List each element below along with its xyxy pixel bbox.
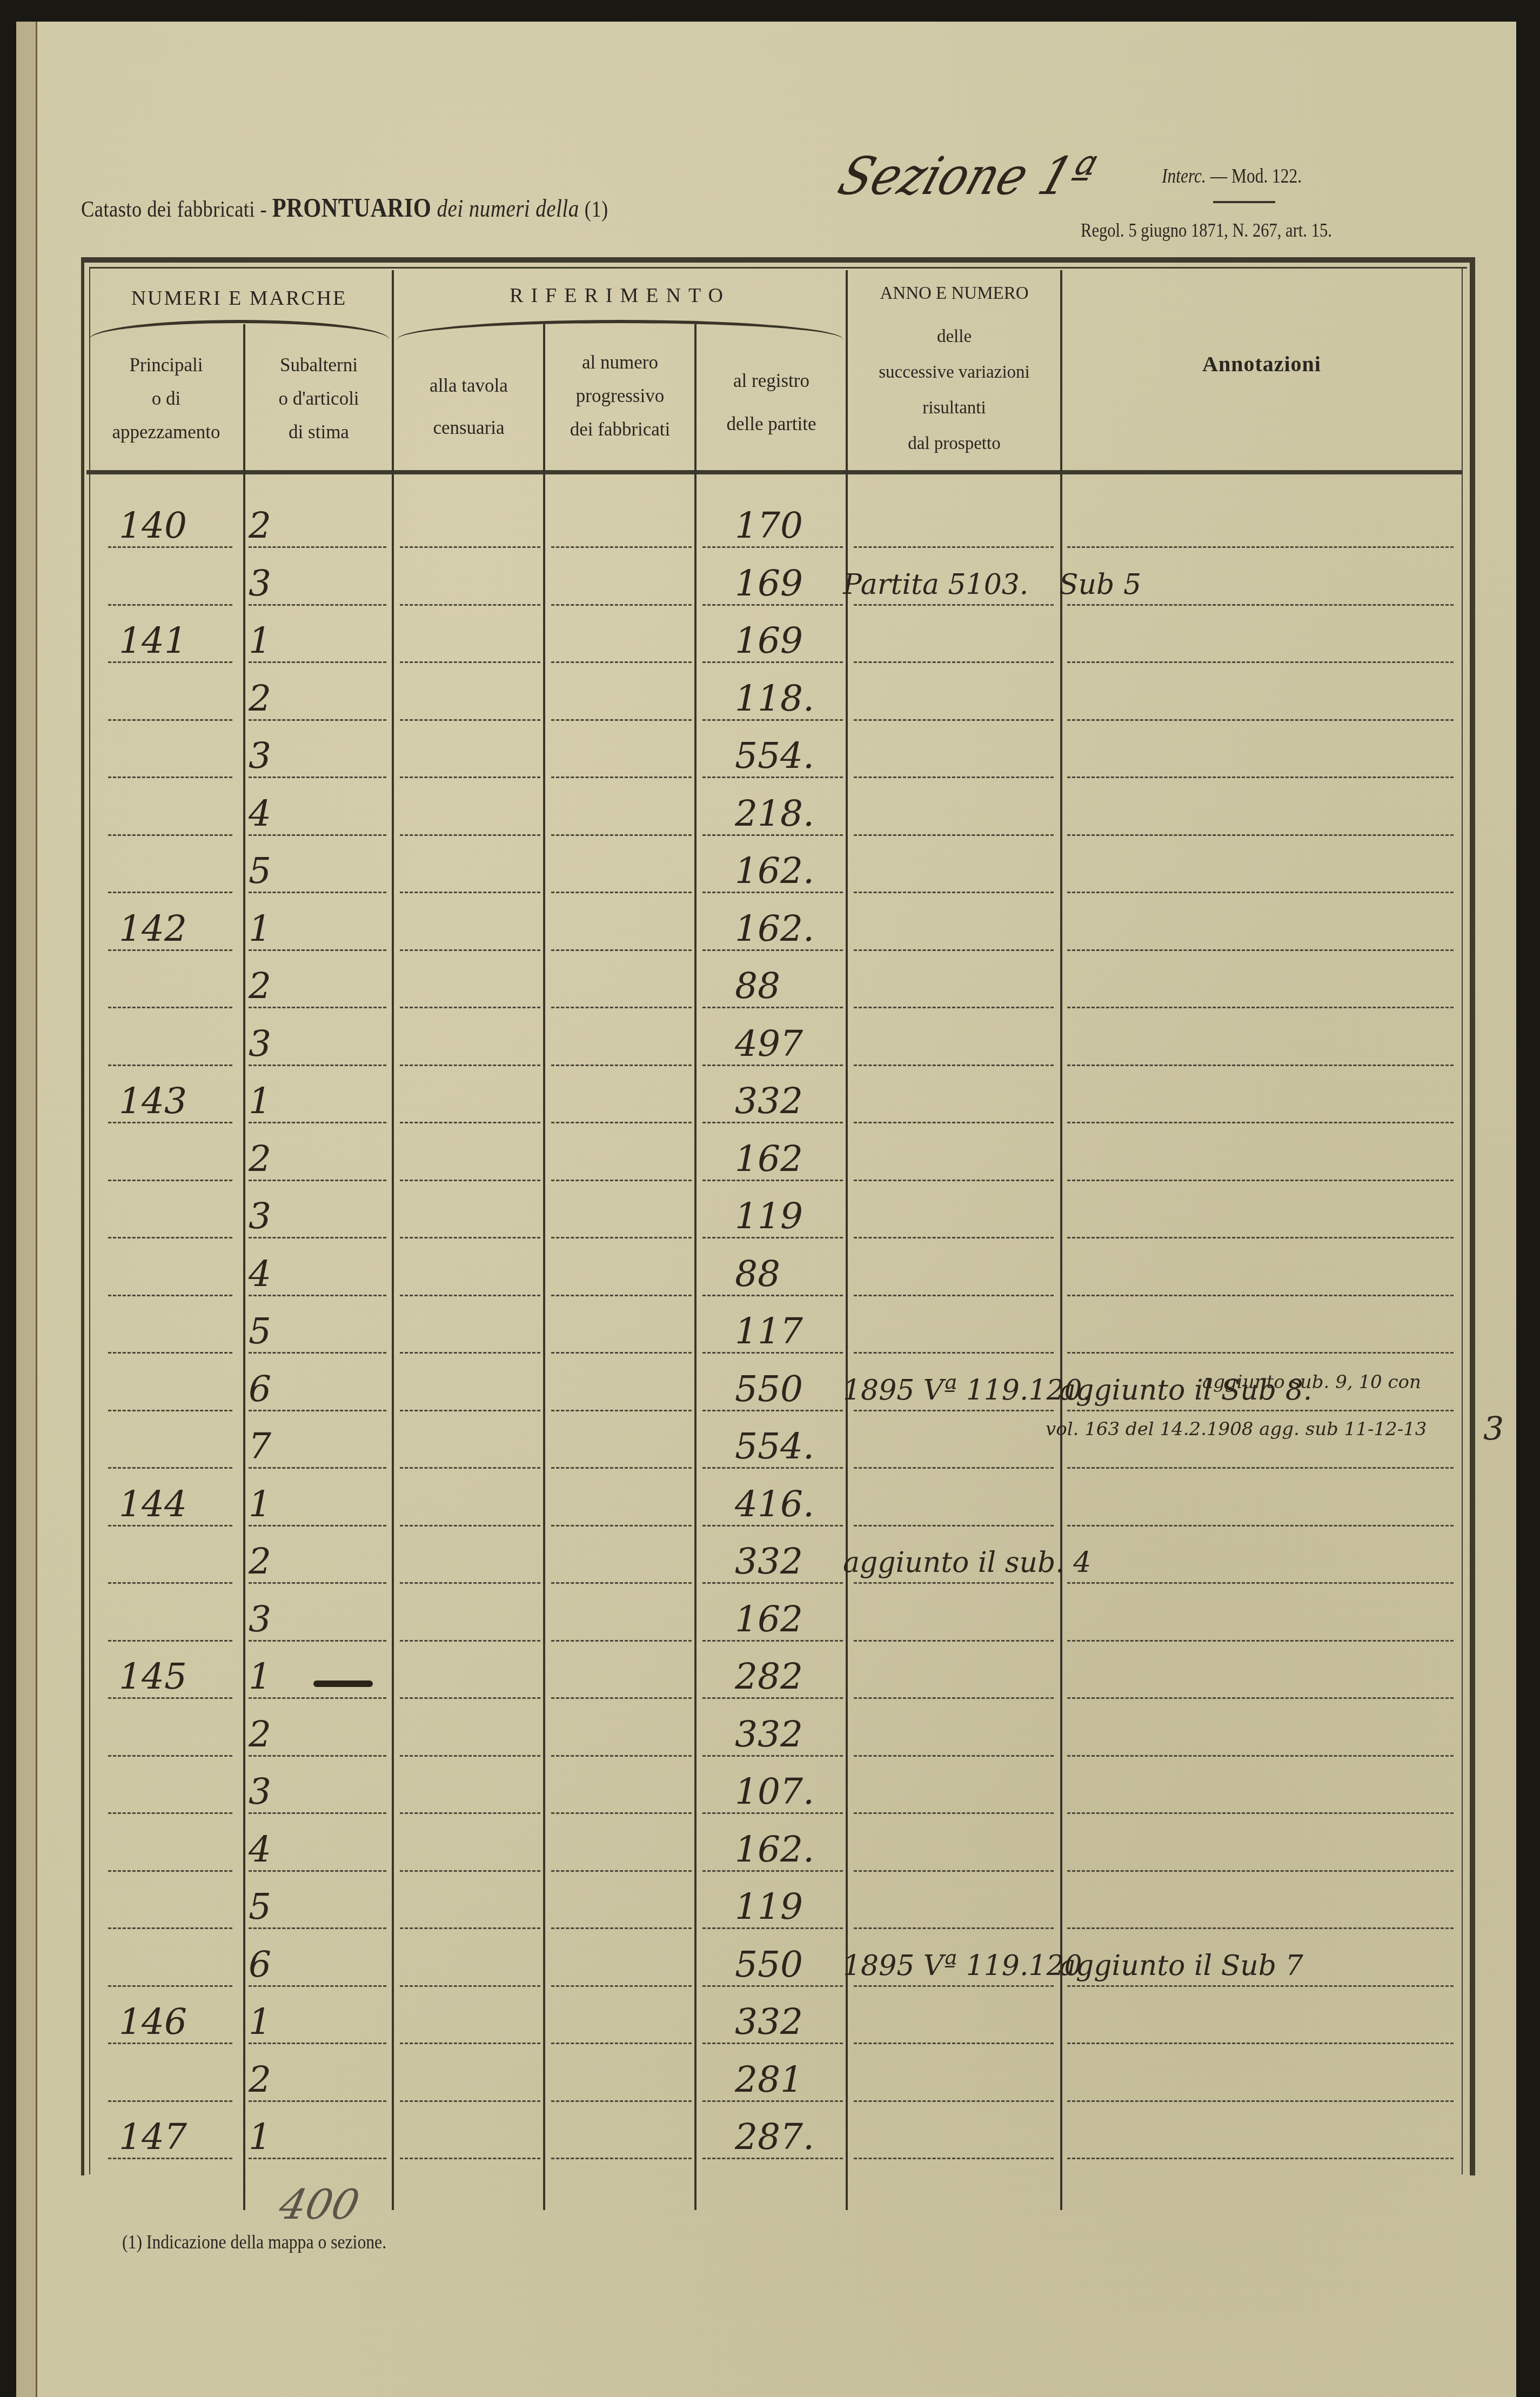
registro-number: 550 [735, 1370, 803, 1408]
table-row: 2162 [86, 1124, 1462, 1181]
row-rule [854, 2158, 1054, 2159]
col-head-subalterni: Subalterni o d'articoli di stima [246, 349, 392, 449]
annotation-entry: aggiunto il Sub 7 [1059, 1947, 1303, 1985]
col-head-line: Principali [89, 349, 243, 382]
col-head-line: appezzamento [89, 416, 243, 449]
table-border-right [1470, 257, 1475, 2175]
subalterno-number: 1 [249, 1658, 271, 1696]
annotation-extra-line1: aggiunto sub. 9, 10 con [1202, 1371, 1421, 1393]
subalterno-number: 6 [249, 1370, 271, 1408]
principale-number: 144 [119, 1485, 187, 1523]
col-head-line: o di [89, 382, 243, 416]
col-head-line: censuaria [394, 407, 543, 449]
subalterno-number: 1 [249, 622, 271, 660]
registro-number: 162. [735, 910, 814, 948]
col-head-line: al registro [697, 359, 846, 403]
subalterno-number: 1 [249, 1082, 271, 1120]
registro-number: 218. [735, 795, 814, 833]
table-row: 5162. [86, 836, 1462, 893]
principale-number: 140 [119, 507, 187, 545]
principale-number: 145 [119, 1658, 187, 1696]
registro-number: 88 [735, 967, 780, 1005]
title-prefix: Catasto dei fabbricati - [81, 197, 272, 222]
subalterno-number: 1 [249, 1485, 271, 1523]
table-row: 488 [86, 1239, 1462, 1296]
registro-number: 281 [735, 2061, 803, 2099]
dash-mark [313, 1680, 373, 1687]
subalterno-number: 2 [249, 1716, 271, 1753]
annotation-extra-line2: vol. 163 del 14.2.1908 agg. sub 11-12-13 [1046, 1418, 1427, 1440]
table-row: 4162. [86, 1815, 1462, 1872]
col-head-line: di stima [246, 416, 392, 449]
registro-number: 332 [735, 1716, 803, 1753]
regulation-reference: Regol. 5 giugno 1871, N. 267, art. 15. [1081, 219, 1332, 242]
col-head-line: dal prospetto [848, 426, 1060, 461]
col-head-line: dei fabbricati [546, 413, 694, 446]
registro-number: 119 [735, 1888, 803, 1926]
registro-number: 162. [735, 1831, 814, 1869]
table-row: 65501895 Vª 119.120aggiunto il Sub 7 [86, 1930, 1462, 1987]
subalterno-number: 2 [249, 680, 271, 718]
table-border-right-inner [1462, 267, 1463, 2174]
form-code: Interc. — Mod. 122. [1162, 165, 1302, 188]
registro-number: 282 [735, 1658, 803, 1696]
page-binding-edge [16, 22, 37, 2397]
subalterno-number: 4 [249, 1831, 271, 1869]
subalterno-number: 7 [249, 1428, 271, 1465]
principale-number: 147 [119, 2118, 187, 2156]
registro-number: 332 [735, 1543, 803, 1581]
col-head-annotazioni: Annotazioni [1062, 351, 1462, 377]
row-rule [108, 2158, 232, 2159]
col-head-principali: Principali o di appezzamento [89, 349, 243, 449]
subalterno-number: 1 [249, 2003, 271, 2041]
registro-number: 162. [735, 852, 814, 890]
table-row: 3497 [86, 1009, 1462, 1066]
table-row: 2332aggiunto il sub. 4 [86, 1526, 1462, 1584]
table-row: 1411169 [86, 606, 1462, 663]
table-row: 2281 [86, 2045, 1462, 2102]
table-border-top-inner [89, 267, 1467, 269]
principale-number: 142 [119, 910, 187, 948]
registro-number: 119 [735, 1197, 803, 1235]
col-head-line: progressivo [546, 379, 694, 413]
subalterno-number: 1 [249, 910, 271, 948]
col-head-progressivo: al numero progressivo dei fabbricati [546, 346, 694, 446]
table-row: 1431332 [86, 1066, 1462, 1123]
row-rule [1067, 2158, 1454, 2159]
subalterno-number: 2 [249, 2061, 271, 2099]
group-heading-numeri: NUMERI E MARCHE [89, 286, 389, 310]
table-row: 5119 [86, 1872, 1462, 1929]
subalterno-number: 2 [249, 1543, 271, 1581]
section-handwritten: Sezione 1ª [832, 146, 1103, 206]
table-border-top [81, 257, 1475, 263]
registro-number: 170 [735, 507, 803, 545]
registro-number: 287. [735, 2118, 814, 2156]
pencil-note: 400 [275, 2180, 364, 2228]
registro-number: 554. [735, 1428, 814, 1465]
col-head-line: delle partite [697, 403, 846, 446]
table-row: 1461332 [86, 1987, 1462, 2044]
subalterno-number: 4 [249, 795, 271, 833]
table-row: 1421162. [86, 894, 1462, 951]
table-row: 3554. [86, 721, 1462, 778]
subalterno-number: 5 [249, 1888, 271, 1926]
col-head-variazioni: delle successive variazioni risultanti d… [848, 319, 1060, 461]
col-head-line: o d'articoli [246, 382, 392, 416]
footnote: (1) Indicazione della mappa o sezione. [122, 2231, 386, 2253]
table-border-left [81, 257, 84, 2175]
table-row: 1402170 [86, 491, 1462, 548]
subalterno-number: 2 [249, 1140, 271, 1178]
table-row: 1451282 [86, 1642, 1462, 1699]
row-rule [400, 2158, 540, 2159]
registro-number: 117 [735, 1313, 803, 1350]
scan-background [1516, 0, 1540, 2397]
subalterno-number: 3 [249, 1197, 271, 1235]
registro-number: 169 [735, 622, 803, 660]
col-head-line: alla tavola [394, 365, 543, 407]
variation-entry: 1895 Vª 119.120 [843, 1947, 1082, 1985]
registro-number: 107. [735, 1773, 814, 1811]
subalterno-number: 3 [249, 1025, 271, 1063]
form-code-number: — Mod. 122. [1206, 165, 1302, 188]
form-code-rule [1213, 201, 1275, 203]
subalterno-number: 5 [249, 1313, 271, 1350]
subalterno-number: 5 [249, 852, 271, 890]
group-heading-anno: ANNO E NUMERO [848, 284, 1060, 304]
subalterno-number: 2 [249, 967, 271, 1005]
table-row: 3162 [86, 1584, 1462, 1642]
col-head-line: Subalterni [246, 349, 392, 382]
subalterno-number: 3 [249, 737, 271, 775]
principale-number: 141 [119, 622, 187, 660]
principale-number: 146 [119, 2003, 187, 2041]
table-row: 3107. [86, 1757, 1462, 1814]
subalterno-number: 4 [249, 1255, 271, 1293]
margin-note: 3 [1483, 1410, 1504, 1448]
subalterno-number: 6 [249, 1946, 271, 1984]
annotation-entry: Sub 5 [1059, 566, 1141, 604]
registro-number: 550 [735, 1946, 803, 1984]
subalterno-number: 3 [249, 1601, 271, 1638]
row-rule [551, 2158, 692, 2159]
registro-number: 162 [735, 1601, 803, 1638]
table-row: 5117 [86, 1296, 1462, 1354]
row-rule [702, 2158, 843, 2159]
col-head-line: risultanti [848, 390, 1060, 426]
registro-number: 162 [735, 1140, 803, 1178]
table-row: 288 [86, 951, 1462, 1008]
registro-number: 118. [735, 680, 814, 718]
col-head-tavola: alla tavola censuaria [394, 365, 543, 449]
principale-number: 143 [119, 1082, 187, 1120]
registro-number: 169 [735, 565, 803, 602]
form-title: Catasto dei fabbricati - PRONTUARIO dei … [81, 192, 608, 223]
subalterno-number: 1 [249, 2118, 271, 2156]
registro-number: 416. [735, 1485, 814, 1523]
col-head-line: delle [848, 319, 1060, 354]
col-head-line: successive variazioni [848, 354, 1060, 390]
table-row: 2332 [86, 1699, 1462, 1757]
registro-number: 332 [735, 1082, 803, 1120]
variation-entry: aggiunto il sub. 4 [843, 1544, 1091, 1582]
registro-number: 332 [735, 2003, 803, 2041]
table-row: 4218. [86, 779, 1462, 836]
registro-number: 497 [735, 1025, 803, 1063]
group-heading-riferimento: RIFERIMENTO [397, 284, 843, 307]
table-row: 1471287. [86, 2102, 1462, 2159]
header-bottom-rule [86, 470, 1462, 474]
table-row: 2118. [86, 664, 1462, 721]
title-bold: PRONTUARIO [272, 192, 432, 223]
variation-entry: Partita 5103. [843, 566, 1028, 604]
subalterno-number: 3 [249, 565, 271, 602]
registro-number: 88 [735, 1255, 780, 1293]
registro-number: 554. [735, 737, 814, 775]
table-row: 3169Partita 5103.Sub 5 [86, 548, 1462, 606]
col-head-registro: al registro delle partite [697, 359, 846, 446]
table-row: 1441416. [86, 1469, 1462, 1526]
col-head-line: al numero [546, 346, 694, 379]
title-note-ref: (1) [585, 197, 608, 222]
subalterno-number: 2 [249, 507, 271, 545]
variation-entry: 1895 Vª 119.120. [843, 1371, 1091, 1409]
title-italic: dei numeri della [431, 195, 584, 222]
row-rule [249, 2158, 386, 2159]
form-code-prefix: Interc. [1162, 165, 1206, 188]
subalterno-number: 3 [249, 1773, 271, 1811]
table-row: 3119 [86, 1181, 1462, 1238]
